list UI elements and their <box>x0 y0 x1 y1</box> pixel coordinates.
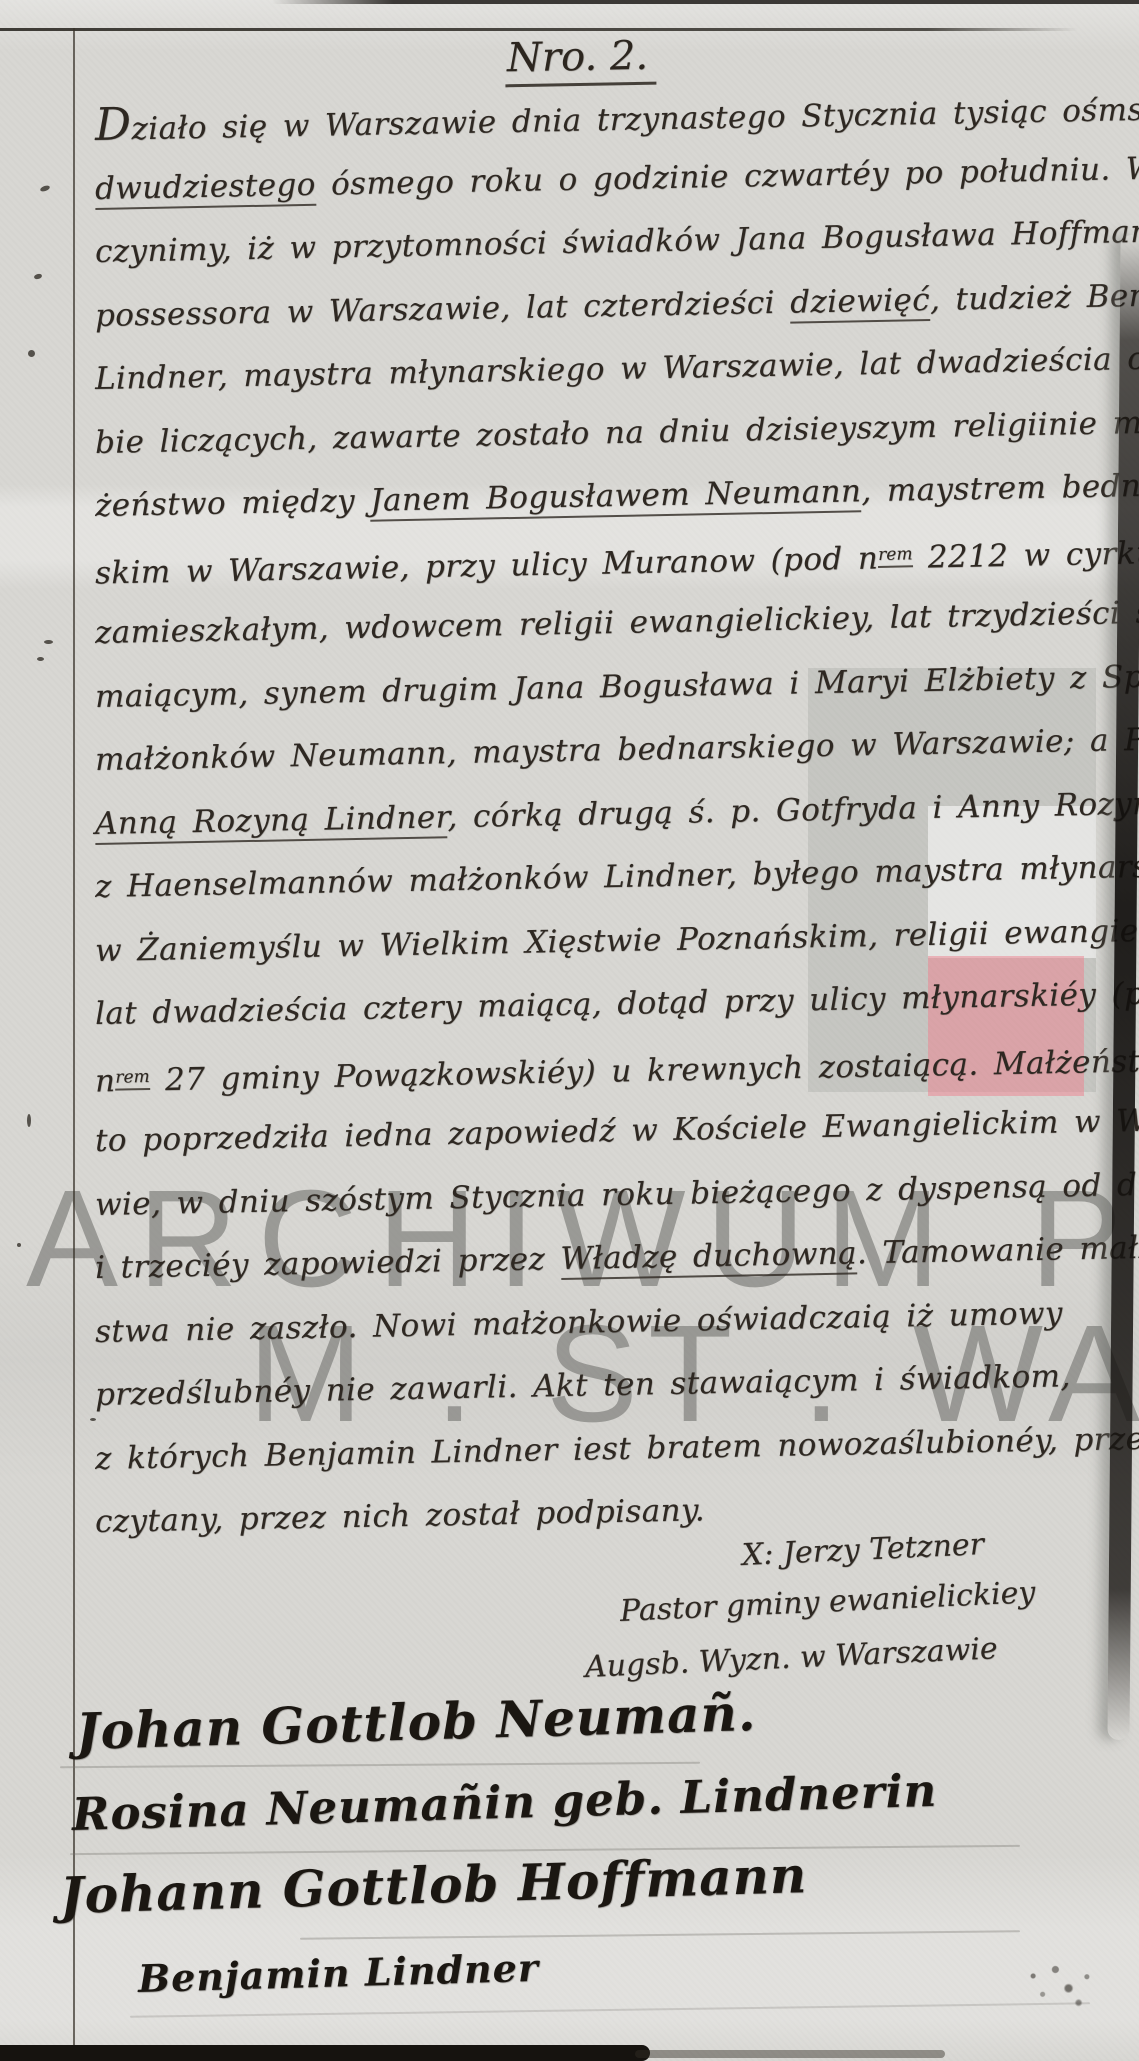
line-segment: w Żaniemyślu w Wielkim Xięstwie Poznańsk… <box>95 910 1139 968</box>
line-segment: Janem Bogusławem Neumann <box>370 473 862 521</box>
line-segment: , córką drugą ś. p. Gotfryda i Anny Rozy… <box>447 785 1139 835</box>
line-segment: Lindner, maystra młynarskiego w Warszawi… <box>95 339 1139 397</box>
scan-edge-bottom-fade <box>635 2050 945 2058</box>
document-line: w Żaniemyślu w Wielkim Xięstwie Poznańsk… <box>95 907 1139 971</box>
ink-speck <box>27 1114 31 1127</box>
document-line: to poprzedziła iedna zapowiedź w Kościel… <box>95 1098 1139 1162</box>
ink-speck <box>17 1243 21 1247</box>
document-line: lat dwadzieścia cztery maiącą, dotąd prz… <box>95 972 1139 1035</box>
line-segment: bie liczących, zawarte zostało na dniu d… <box>95 404 1139 461</box>
scan-edge-bottom <box>0 2045 650 2061</box>
line-segment: Anną Rozyną Lindner <box>95 799 448 845</box>
line-segment: Działo się w Warszawie dnia trzynastego … <box>95 91 1139 148</box>
line-segment: Władzę duchowną <box>560 1235 857 1280</box>
line-segment: to poprzedziła iedna zapowiedź w Kościel… <box>95 1101 1139 1159</box>
line-segment: żeństwo między <box>95 483 371 524</box>
line-segment: wie, w dniu szóstym Stycznia roku bieżąc… <box>95 1165 1139 1223</box>
scan-edge-top <box>272 0 1139 4</box>
line-segment: n <box>95 1063 116 1099</box>
crease-line <box>130 2002 1090 2017</box>
document-line: stwa nie zaszło. Nowi małżonkowie oświad… <box>95 1292 1064 1353</box>
line-segment: z Haenselmannów małżonków Lindner, byłeg… <box>95 847 1139 905</box>
line-segment: , tudzież Benjamina <box>930 275 1139 317</box>
ink-speck <box>37 657 44 661</box>
ink-speck <box>44 640 53 644</box>
document-line: zamieszkałym, wdowcem religii ewangielic… <box>95 590 1139 654</box>
line-segment: przedślubnéy nie zawarli. Akt ten stawai… <box>95 1358 1071 1413</box>
body-lines: Działo się w Warszawie dnia trzynastego … <box>0 104 1139 1664</box>
line-segment: maiącym, synem drugim Jana Bogusława i M… <box>95 656 1139 714</box>
document-line: nrem 27 gminy Powązkowskiéy) u krewnych … <box>95 1036 1139 1102</box>
document-line: z Haenselmannów małżonków Lindner, byłeg… <box>95 844 1139 908</box>
document-line: maiącym, synem drugim Jana Bogusława i M… <box>95 653 1139 717</box>
line-segment: stwa nie zaszło. Nowi małżonkowie oświad… <box>95 1295 1063 1350</box>
document-line: dwudziestego ósmego roku o godzinie czwa… <box>95 145 1139 210</box>
ruled-line-top <box>0 28 1078 31</box>
line-segment: skim w Warszawie, przy ulicy Muranow (po… <box>95 540 879 591</box>
ink-speck <box>90 1418 96 1421</box>
document-line: wie, w dniu szóstym Stycznia roku bieżąc… <box>95 1162 1139 1226</box>
line-segment: czytany, przez nich został podpisany. <box>95 1492 706 1540</box>
document-line: z których Benjamin Lindner iest bratem n… <box>95 1417 1139 1479</box>
document-line: Anną Rozyną Lindner, córką drugą ś. p. G… <box>95 782 1139 845</box>
line-segment: dziewięć <box>790 281 931 323</box>
line-segment: zamieszkałym, wdowcem religii ewangielic… <box>95 593 1139 651</box>
pencil-smudge <box>1009 1950 1108 2018</box>
record-number-heading: Nro. 2. <box>505 33 657 88</box>
document-line: czynimy, iż w przytomności świadków Jana… <box>95 210 1139 273</box>
line-segment: . Tamowanie małżeń- <box>857 1229 1139 1272</box>
scanned-marriage-record-page: ARCHIWUM P M . ST . WA Nro. 2. Działo si… <box>0 0 1139 2061</box>
line-segment: czynimy, iż w przytomności świadków Jana… <box>95 213 1139 270</box>
line-segment: i trzeciéy zapowiedzi przez <box>95 1241 561 1286</box>
document-line: possessora w Warszawie, lat czterdzieści… <box>95 272 1139 336</box>
document-line: czytany, przez nich został podpisany. <box>95 1489 706 1543</box>
document-line: przedślubnéy nie zawarli. Akt ten stawai… <box>95 1355 1071 1416</box>
document-line: Lindner, maystra młynarskiego w Warszawi… <box>95 336 1139 400</box>
document-line: Działo się w Warszawie dnia trzynastego … <box>95 83 1139 151</box>
document-line: bie liczących, zawarte zostało na dniu d… <box>95 401 1139 464</box>
line-segment: małżonków Neumann, maystra bednarskiego … <box>95 720 1139 778</box>
signature: Johan Gottlob Neumañ. <box>75 1683 757 1761</box>
crease-line <box>300 1930 1020 1940</box>
crease-line <box>60 1762 700 1768</box>
line-segment: z których Benjamin Lindner iest bratem n… <box>95 1420 1139 1476</box>
line-segment: 2212 w cyrkule <box>912 534 1139 576</box>
line-segment: dwudziestego <box>95 166 317 209</box>
line-segment: lat dwadzieścia cztery maiącą, dotąd prz… <box>95 975 1139 1032</box>
document-line: żeństwo między Janem Bogusławem Neumann,… <box>95 464 1139 527</box>
line-segment: possessora w Warszawie, lat czterdzieści <box>95 284 791 333</box>
line-segment: rem <box>878 544 913 568</box>
line-segment: , maystrem bednar- <box>861 467 1139 509</box>
line-segment: rem <box>115 1066 150 1090</box>
document-line: małżonków Neumann, maystra bednarskiego … <box>95 717 1139 781</box>
line-segment: 27 gminy Powązkowskiéy) u krewnych zosta… <box>149 1042 1139 1098</box>
signature: Benjamin Lindner <box>137 1945 539 2001</box>
document-line: i trzeciéy zapowiedzi przez Władzę ducho… <box>95 1226 1139 1289</box>
document-line: skim w Warszawie, przy ulicy Muranow (po… <box>95 526 1139 594</box>
signature: Rosina Neumañin geb. Lindnerin <box>71 1764 938 1841</box>
signature: Johann Gottlob Hoffmann <box>59 1845 808 1925</box>
line-segment: ósmego roku o godzinie czwartéy po połud… <box>315 148 1139 202</box>
ink-speck <box>28 350 35 357</box>
